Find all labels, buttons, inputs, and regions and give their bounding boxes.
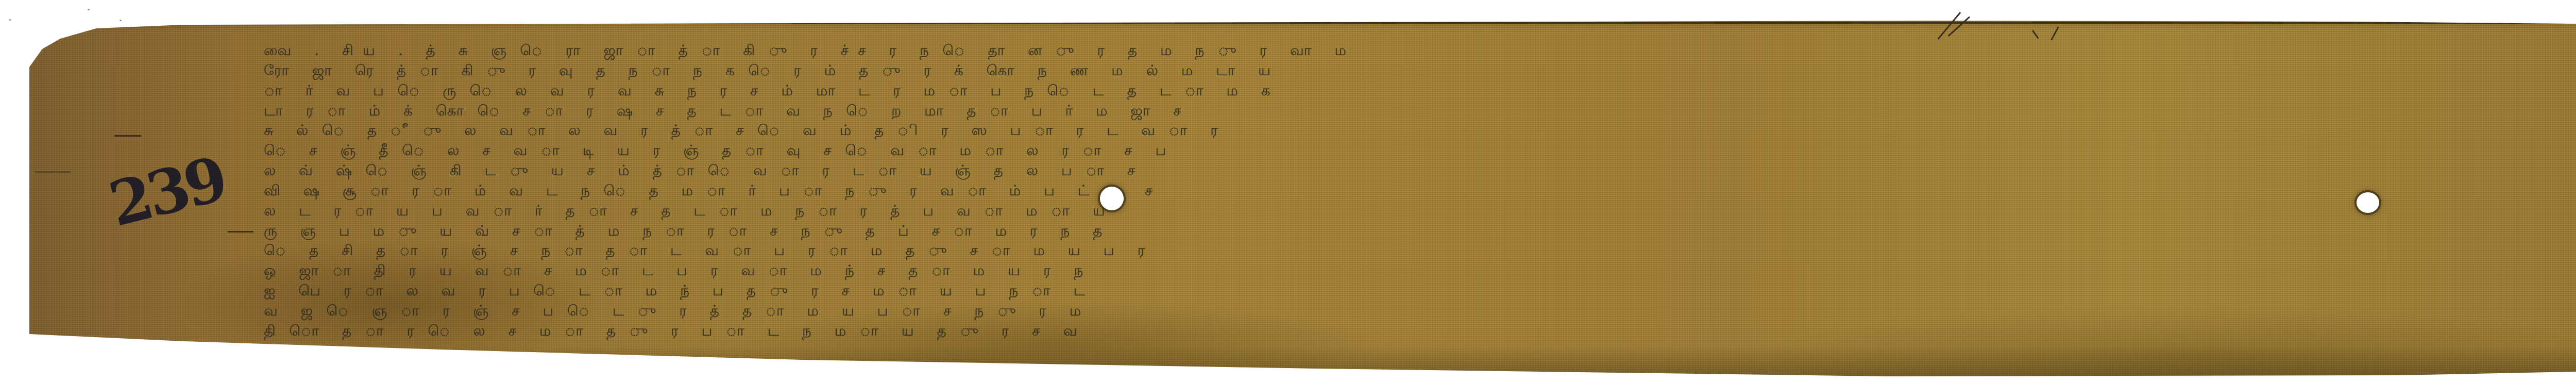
text-line: ரோ ஜா ரெ த் ா கி ு ர வு த ந ா ந க ெ ர ம்… — [264, 61, 2576, 80]
text-line: ெ ச ஞ் தீ ெ ல ச வ ா டி ய ர ஞ் த ா வு ச ெ… — [264, 141, 2576, 160]
text-line: ா ர் வ ப ெ ரு ெ ல வ ர வ சு ந ர ச ம் மா ட… — [264, 81, 2576, 100]
text-line: ெ த சி த ா ர ஞ் ச ந ா த ா ட வ ா ப ர ா ம … — [264, 241, 2576, 260]
text-line: ரு ஞ ப ம ு ய வ் ச ா த் ம ந ா ர ா ச ந ு த… — [264, 222, 2576, 240]
text-line: வை . சிய . த் சு ஞ ெ ரா ஜா ா த் ா கி ு ர… — [264, 41, 2576, 60]
speck — [88, 9, 90, 10]
margin-mark — [114, 135, 141, 137]
text-line: வி ஷ சூ ா ர ா ம் வ ட ந ெ த ம ா ர் ப ா ந … — [264, 181, 2576, 200]
manuscript-text: வை . சிய . த் சு ஞ ெ ரா ஜா ா த் ா கி ு ர… — [264, 41, 2576, 340]
binding-hole-left — [1100, 187, 1124, 210]
speck — [120, 20, 122, 21]
margin-mark — [35, 171, 71, 173]
text-line: சு ல் ெ த ீ ு ல வ ா ல வ ர த் ா ச ெ வ ம் … — [264, 121, 2576, 140]
palm-leaf: 239 வை . சிய . த் சு ஞ ெ ரா ஜா ா த் ா கி… — [29, 15, 2576, 376]
speck — [9, 19, 11, 21]
text-line: ஒ ஜா ா தி ர ய வ ா ச ம ா ட ப ர வ ா ம ந் ச… — [264, 261, 2576, 280]
text-line: டா ர ா ம் க் கொ ெ ச ா ர ஷ ச த ட ா வ ந ெ … — [264, 102, 2576, 120]
text-line: வ ஜ ெ ஞ ா ர ஞ் ச ப ெ ட ு ர த் த ா ம ய ப … — [264, 302, 2576, 320]
margin-mark — [228, 231, 253, 232]
leaf-top-edge — [107, 22, 2576, 24]
text-line: ல ட ர ா ய ப வ ா ர் த ா ச த ட ா ம ந ா ர த… — [264, 202, 2576, 220]
text-line: ஐ பெ ர ா ல வ ர ப ெ ட ா ம ந் ப த ு ர ச ம … — [264, 281, 2576, 300]
binding-hole-right — [2357, 192, 2379, 213]
text-line: ல வ் ஷ் ெ ஞ் கி ட ு ய ச ம் த் ா ெ வ ா ர … — [264, 161, 2576, 180]
text-line: தி ொ த ா ர ெ ல ச ம ா த ு ர ப ா ட ந ம ா ய… — [264, 322, 2576, 340]
